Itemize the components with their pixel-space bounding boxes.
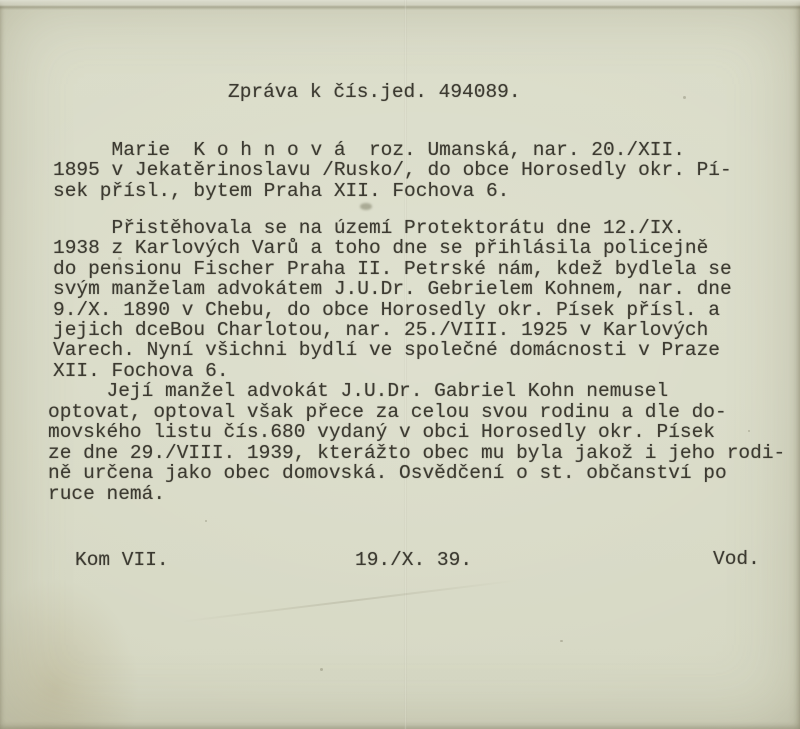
scanned-document-page: Zpráva k čís.jed. 494089. Marie K o h n … [0, 0, 800, 729]
paper-speck [683, 96, 686, 99]
paragraph-personal-details: Marie K o h n o v á roz. Umanská, nar. 2… [53, 140, 732, 201]
paper-crease [181, 579, 519, 622]
document-heading: Zpráva k čís.jed. 494089. [228, 82, 521, 103]
paragraph-immigration-details: Přistěhovala se na území Protektorátu dn… [53, 218, 732, 381]
footer-date: 19./X. 39. [355, 549, 472, 571]
footer-signature-initials: Vod. [713, 548, 760, 570]
paper-smudge [360, 203, 372, 210]
paragraph-option-details: Její manžel advokát J.U.Dr. Gabriel Kohn… [48, 381, 785, 505]
footer-office-label: Kom VII. [75, 549, 169, 571]
paper-speck [560, 640, 563, 642]
paper-speck [205, 520, 207, 522]
paper-speck [320, 668, 323, 671]
